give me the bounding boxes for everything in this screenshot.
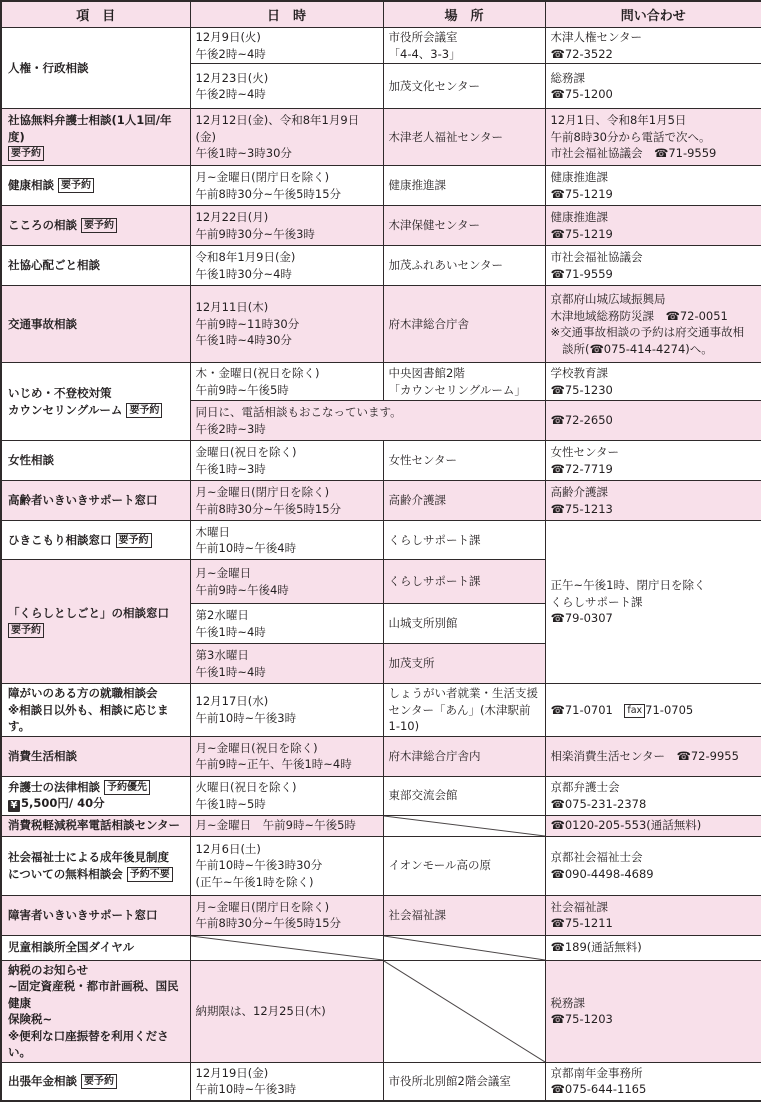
item-cell: 障がいのある方の就職相談会 ※相談日以外も、相談に応じます。 [1, 684, 190, 737]
place-cell: 市役所北別館2階会議室 [383, 1062, 545, 1101]
yen-icon: ¥ [8, 800, 20, 812]
column-header-datetime: 日 時 [190, 1, 383, 28]
cell-text: 人権・行政相談 [8, 61, 89, 75]
place-cell: 市役所会議室 「4-4、3-3」 [383, 28, 545, 64]
contact-cell: 京都府山城広域振興局 木津地域総務防災課 ☎72-0051 ※交通事故相談の予約… [545, 286, 761, 363]
cell-text: 社会福祉課 ☎75-1211 [551, 900, 613, 931]
place-cell: イオンモール高の原 [383, 836, 545, 895]
item-cell: 納税のお知らせ ~固定資産税・都市計画税、国民健康 保険税~ ※便利な口座振替を… [1, 960, 190, 1062]
cell-text: 東部交流会館 [389, 788, 458, 802]
contact-cell: 健康推進課 ☎75-1219 [545, 166, 761, 206]
item-cell: 社会福祉士による成年後見制度 についての無料相談会 予約不要 [1, 836, 190, 895]
diagonal-line [384, 961, 545, 1062]
place-cell: 加茂ふれあいセンター [383, 246, 545, 286]
diagonal-line [384, 936, 545, 960]
cell-text: 中央図書館2階 「カウンセリングルーム」 [389, 366, 526, 397]
cell-text: 女性センター ☎72-7719 [551, 445, 620, 476]
place-cell: 木津保健センター [383, 206, 545, 246]
datetime-cell: 月~金曜日(閉庁日を除く) 午前8時30分~午後5時15分 [190, 481, 383, 521]
cell-text: 木曜日 午前10時~午後4時 [196, 525, 297, 556]
cell-text: 学校教育課 ☎75-1230 [551, 366, 613, 397]
cell-text: 女性センター [389, 453, 458, 467]
place-cell: 中央図書館2階 「カウンセリングルーム」 [383, 363, 545, 401]
contact-cell: 高齢介護課 ☎75-1213 [545, 481, 761, 521]
item-cell: 出張年金相談 要予約 [1, 1062, 190, 1101]
datetime-cell: 木曜日 午前10時~午後4時 [190, 521, 383, 560]
cell-text: 納期限は、12月25日(木) [196, 1004, 326, 1018]
cell-text: 12月19日(金) 午前10時~午後3時 [196, 1066, 297, 1097]
cell-text: 交通事故相談 [8, 317, 77, 331]
datetime-cell: 12月12日(金)、令和8年1月9日(金) 午後1時~3時30分 [190, 109, 383, 166]
contact-cell: 健康推進課 ☎75-1219 [545, 206, 761, 246]
cell-text: 火曜日(祝日を除く) 午後1時~5時 [196, 780, 297, 811]
contact-cell: ☎0120-205-553(通話無料) [545, 815, 761, 836]
cell-text: いじめ・不登校対策 カウンセリングルーム [8, 386, 126, 417]
item-cell: いじめ・不登校対策 カウンセリングルーム 要予約 [1, 363, 190, 441]
table-row: 交通事故相談12月11日(木) 午前9時~11時30分 午後1時~4時30分府木… [1, 286, 761, 363]
cell-text: 社会福祉課 [389, 908, 447, 922]
cell-text: 京都南年金事務所 ☎075-644-1165 [551, 1066, 647, 1097]
item-cell: 社協無料弁護士相談(1人1回/年度) 要予約 [1, 109, 190, 166]
contact-cell: 京都弁護士会 ☎075-231-2378 [545, 776, 761, 815]
cell-text: 高齢介護課 ☎75-1213 [551, 485, 613, 516]
cell-text: 同日に、電話相談もおこなっています。 午後2時~3時 [196, 405, 402, 436]
cell-text: 高齢者いきいきサポート窓口 [8, 493, 158, 507]
table-row: 社協心配ごと相談令和8年1月9日(金) 午後1時30分~4時加茂ふれあいセンター… [1, 246, 761, 286]
datetime-cell: 月~金曜日(閉庁日を除く) 午前8時30分~午後5時15分 [190, 166, 383, 206]
cell-text: しょうがい者就業・生活支援 センター「あん」(木津駅前1-10) [389, 686, 539, 733]
cell-text: 京都弁護士会 ☎075-231-2378 [551, 780, 647, 811]
cell-text: ☎71-0701 [551, 703, 625, 717]
table-row: 社協無料弁護士相談(1人1回/年度) 要予約12月12日(金)、令和8年1月9日… [1, 109, 761, 166]
cell-text: 健康推進課 [389, 178, 447, 192]
cell-text: 加茂ふれあいセンター [389, 258, 504, 272]
cell-text: ☎72-2650 [551, 413, 613, 427]
cell-text: くらしサポート課 [389, 574, 481, 588]
cell-text: 市社会福祉協議会 ☎71-9559 [551, 250, 643, 281]
cell-text: 木津保健センター [389, 218, 481, 232]
place-cell: 健康推進課 [383, 166, 545, 206]
reservation-badge: 予約不要 [127, 867, 173, 882]
datetime-cell: 12月17日(水) 午前10時~午後3時 [190, 684, 383, 737]
reservation-badge: 要予約 [81, 1074, 117, 1089]
contact-cell: 京都社会福祉士会 ☎090-4498-4689 [545, 836, 761, 895]
datetime-cell: 12月11日(木) 午前9時~11時30分 午後1時~4時30分 [190, 286, 383, 363]
cell-text: 加茂支所 [389, 656, 435, 670]
table-row: 高齢者いきいきサポート窓口月~金曜日(閉庁日を除く) 午前8時30分~午後5時1… [1, 481, 761, 521]
contact-cell: ☎71-0701 fax71-0705 [545, 684, 761, 737]
cell-text: 月~金曜日 午前9時~午後5時 [196, 818, 356, 832]
cell-text: ひきこもり相談窓口 [8, 533, 116, 547]
datetime-cell: 12月22日(月) 午前9時30分~午後3時 [190, 206, 383, 246]
datetime-cell: 12月9日(火) 午後2時~4時 [190, 28, 383, 64]
cell-text: 月~金曜日(祝日を除く) 午前9時~正午、午後1時~4時 [196, 741, 352, 772]
table-row: ひきこもり相談窓口 要予約木曜日 午前10時~午後4時くらしサポート課正午~午後… [1, 521, 761, 560]
item-cell: 高齢者いきいきサポート窓口 [1, 481, 190, 521]
cell-text: くらしサポート課 [389, 533, 481, 547]
reservation-badge: 要予約 [116, 533, 152, 548]
cell-text: 令和8年1月9日(金) 午後1時30分~4時 [196, 250, 296, 281]
contact-cell: 12月1日、令和8年1月5日 午前8時30分から電話で次へ。 市社会福祉協議会 … [545, 109, 761, 166]
item-cell: こころの相談 要予約 [1, 206, 190, 246]
place-cell: 加茂文化センター [383, 64, 545, 109]
datetime-cell: 12月19日(金) 午前10時~午後3時 [190, 1062, 383, 1101]
datetime-cell [190, 935, 383, 960]
datetime-cell: 月~金曜日(閉庁日を除く) 午前8時30分~午後5時15分 [190, 895, 383, 935]
cell-text: 12月1日、令和8年1月5日 午前8時30分から電話で次へ。 市社会福祉協議会 … [551, 113, 717, 160]
cell-text: 消費税軽減税率電話相談センター [8, 818, 180, 832]
datetime-cell: 火曜日(祝日を除く) 午後1時~5時 [190, 776, 383, 815]
cell-text: 金曜日(祝日を除く) 午後1時~3時 [196, 445, 297, 476]
place-cell: 府木津総合庁舎 [383, 286, 545, 363]
place-cell: くらしサポート課 [383, 521, 545, 560]
table-row: 女性相談金曜日(祝日を除く) 午後1時~3時女性センター女性センター ☎72-7… [1, 441, 761, 481]
table-row: 障害者いきいきサポート窓口月~金曜日(閉庁日を除く) 午前8時30分~午後5時1… [1, 895, 761, 935]
cell-text: 社協心配ごと相談 [8, 258, 100, 272]
item-cell: 消費生活相談 [1, 736, 190, 776]
consultation-page: 項 目日 時場 所問い合わせ 人権・行政相談12月9日(火) 午後2時~4時市役… [0, 0, 761, 1102]
cell-text: 12月9日(火) 午後2時~4時 [196, 30, 266, 61]
contact-cell: 学校教育課 ☎75-1230 [545, 363, 761, 401]
contact-cell: 正午~午後1時、閉庁日を除く くらしサポート課 ☎79-0307 [545, 521, 761, 684]
cell-text: 社協無料弁護士相談(1人1回/年度) [8, 113, 171, 144]
table-row: いじめ・不登校対策 カウンセリングルーム 要予約木・金曜日(祝日を除く) 午前9… [1, 363, 761, 401]
datetime-cell: 12月23日(火) 午後2時~4時 [190, 64, 383, 109]
item-cell: 社協心配ごと相談 [1, 246, 190, 286]
diagonal-line [191, 936, 383, 960]
table-row: 人権・行政相談12月9日(火) 午後2時~4時市役所会議室 「4-4、3-3」木… [1, 28, 761, 64]
datetime-cell: 月~金曜日 午前9時~午後4時 [190, 560, 383, 604]
datetime-cell: 月~金曜日 午前9時~午後5時 [190, 815, 383, 836]
datetime-cell: 月~金曜日(祝日を除く) 午前9時~正午、午後1時~4時 [190, 736, 383, 776]
cell-text: 月~金曜日(閉庁日を除く) 午前8時30分~午後5時15分 [196, 485, 342, 516]
cell-text: イオンモール高の原 [389, 858, 491, 872]
cell-text: 第3水曜日 午後1時~4時 [196, 648, 266, 679]
datetime-cell: 金曜日(祝日を除く) 午後1時~3時 [190, 441, 383, 481]
table-row: 障がいのある方の就職相談会 ※相談日以外も、相談に応じます。12月17日(水) … [1, 684, 761, 737]
cell-text: 児童相談所全国ダイヤル [8, 940, 134, 954]
cell-text: 第2水曜日 午後1時~4時 [196, 608, 266, 639]
contact-cell: 税務課 ☎75-1203 [545, 960, 761, 1062]
cell-text: 12月6日(土) 午前10時~午後3時30分 (正午~午後1時を除く) [196, 842, 323, 889]
table-row: 社会福祉士による成年後見制度 についての無料相談会 予約不要12月6日(土) 午… [1, 836, 761, 895]
table-row: 消費税軽減税率電話相談センター月~金曜日 午前9時~午後5時☎0120-205-… [1, 815, 761, 836]
table-row: 納税のお知らせ ~固定資産税・都市計画税、国民健康 保険税~ ※便利な口座振替を… [1, 960, 761, 1062]
cell-text: 障がいのある方の就職相談会 ※相談日以外も、相談に応じます。 [8, 686, 169, 733]
contact-cell: 女性センター ☎72-7719 [545, 441, 761, 481]
place-cell: 東部交流会館 [383, 776, 545, 815]
reservation-badge: 要予約 [126, 403, 162, 418]
cell-text: 府木津総合庁舎 [389, 317, 470, 331]
reservation-badge: 要予約 [58, 178, 94, 193]
cell-text: 12月17日(水) 午前10時~午後3時 [196, 694, 297, 725]
place-cell: 山城支所別館 [383, 604, 545, 644]
place-cell [383, 960, 545, 1062]
cell-text: 木津人権センター ☎72-3522 [551, 30, 643, 61]
diagonal-line [384, 816, 545, 836]
item-cell: 「くらしとしごと」の相談窓口 要予約 [1, 560, 190, 684]
cell-text: 月~金曜日(閉庁日を除く) 午前8時30分~午後5時15分 [196, 900, 342, 931]
cell-text: 正午~午後1時、閉庁日を除く くらしサポート課 ☎79-0307 [551, 578, 706, 625]
cell-text: 総務課 ☎75-1200 [551, 71, 613, 102]
cell-text: 健康推進課 ☎75-1219 [551, 170, 613, 201]
place-cell [383, 935, 545, 960]
contact-cell: 市社会福祉協議会 ☎71-9559 [545, 246, 761, 286]
cell-text: 木津老人福祉センター [389, 130, 504, 144]
cell-text: 12月11日(木) 午前9時~11時30分 午後1時~4時30分 [196, 300, 300, 347]
contact-cell: 総務課 ☎75-1200 [545, 64, 761, 109]
cell-text: 京都社会福祉士会 ☎090-4498-4689 [551, 850, 654, 881]
cell-text: 12月12日(金)、令和8年1月9日(金) 午後1時~3時30分 [196, 113, 360, 160]
cell-text: 府木津総合庁舎内 [389, 749, 481, 763]
reservation-badge: 要予約 [81, 218, 117, 233]
place-cell: 府木津総合庁舎内 [383, 736, 545, 776]
table-row: 消費生活相談月~金曜日(祝日を除く) 午前9時~正午、午後1時~4時府木津総合庁… [1, 736, 761, 776]
cell-text: 健康推進課 ☎75-1219 [551, 210, 613, 241]
contact-cell: 相楽消費生活センター ☎72-9955 [545, 736, 761, 776]
cell-text: 消費生活相談 [8, 749, 77, 763]
cell-text: 71-0705 [645, 703, 693, 717]
header-row: 項 目日 時場 所問い合わせ [1, 1, 761, 28]
datetime-cell: 同日に、電話相談もおこなっています。 午後2時~3時 [190, 401, 545, 441]
reservation-badge: 要予約 [8, 623, 44, 638]
cell-text: 12月23日(火) 午後2時~4時 [196, 71, 269, 102]
cell-text: 「くらしとしごと」の相談窓口 [8, 606, 169, 620]
cell-text: 出張年金相談 [8, 1074, 81, 1088]
item-cell: 女性相談 [1, 441, 190, 481]
contact-cell: 木津人権センター ☎72-3522 [545, 28, 761, 64]
cell-text: 高齢介護課 [389, 493, 447, 507]
cell-text: 月~金曜日(閉庁日を除く) 午前8時30分~午後5時15分 [196, 170, 342, 201]
cell-text: 女性相談 [8, 453, 54, 467]
contact-cell: ☎189(通話無料) [545, 935, 761, 960]
datetime-cell: 納期限は、12月25日(木) [190, 960, 383, 1062]
cell-text: 加茂文化センター [389, 79, 481, 93]
cell-text: 木・金曜日(祝日を除く) 午前9時~午後5時 [196, 366, 320, 397]
item-cell: 交通事故相談 [1, 286, 190, 363]
datetime-cell: 第3水曜日 午後1時~4時 [190, 644, 383, 684]
place-cell: しょうがい者就業・生活支援 センター「あん」(木津駅前1-10) [383, 684, 545, 737]
item-cell: 障害者いきいきサポート窓口 [1, 895, 190, 935]
cell-text: 弁護士の法律相談 [8, 780, 104, 794]
consultation-schedule-table: 項 目日 時場 所問い合わせ 人権・行政相談12月9日(火) 午後2時~4時市役… [0, 0, 761, 1102]
place-cell: 木津老人福祉センター [383, 109, 545, 166]
item-cell: ひきこもり相談窓口 要予約 [1, 521, 190, 560]
place-cell: 高齢介護課 [383, 481, 545, 521]
cell-text: 相楽消費生活センター ☎72-9955 [551, 749, 739, 763]
cell-text: 市役所会議室 「4-4、3-3」 [389, 30, 461, 61]
cell-text: ☎0120-205-553(通話無料) [551, 818, 702, 832]
place-cell [383, 815, 545, 836]
table-row: 弁護士の法律相談 予約優先 ¥5,500円/ 40分火曜日(祝日を除く) 午後1… [1, 776, 761, 815]
place-cell: くらしサポート課 [383, 560, 545, 604]
table-row: 健康相談 要予約月~金曜日(閉庁日を除く) 午前8時30分~午後5時15分健康推… [1, 166, 761, 206]
item-cell: 人権・行政相談 [1, 28, 190, 109]
place-cell: 社会福祉課 [383, 895, 545, 935]
cell-text: 12月22日(月) 午前9時30分~午後3時 [196, 210, 315, 241]
column-header-contact: 問い合わせ [545, 1, 761, 28]
datetime-cell: 令和8年1月9日(金) 午後1時30分~4時 [190, 246, 383, 286]
table-row: 児童相談所全国ダイヤル☎189(通話無料) [1, 935, 761, 960]
item-cell: 児童相談所全国ダイヤル [1, 935, 190, 960]
cell-text: 5,500円/ 40分 [21, 796, 105, 810]
cell-text: 市役所北別館2階会議室 [389, 1074, 511, 1088]
table-header: 項 目日 時場 所問い合わせ [1, 1, 761, 28]
cell-text: 山城支所別館 [389, 616, 458, 630]
table-row: こころの相談 要予約12月22日(月) 午前9時30分~午後3時木津保健センター… [1, 206, 761, 246]
contact-cell: 京都南年金事務所 ☎075-644-1165 [545, 1062, 761, 1101]
reservation-badge: 要予約 [8, 146, 44, 161]
column-header-place: 場 所 [383, 1, 545, 28]
cell-text: 納税のお知らせ ~固定資産税・都市計画税、国民健康 保険税~ ※便利な口座振替を… [8, 963, 179, 1060]
reservation-badge: 予約優先 [104, 780, 150, 795]
contact-cell: ☎72-2650 [545, 401, 761, 441]
cell-text: ☎189(通話無料) [551, 940, 642, 954]
cell-text: 京都府山城広域振興局 木津地域総務防災課 ☎72-0051 ※交通事故相談の予約… [551, 292, 745, 356]
cell-text: 障害者いきいきサポート窓口 [8, 908, 158, 922]
datetime-cell: 12月6日(土) 午前10時~午後3時30分 (正午~午後1時を除く) [190, 836, 383, 895]
cell-text: 健康相談 [8, 178, 58, 192]
item-cell: 弁護士の法律相談 予約優先 ¥5,500円/ 40分 [1, 776, 190, 815]
datetime-cell: 木・金曜日(祝日を除く) 午前9時~午後5時 [190, 363, 383, 401]
datetime-cell: 第2水曜日 午後1時~4時 [190, 604, 383, 644]
contact-cell: 社会福祉課 ☎75-1211 [545, 895, 761, 935]
item-cell: 消費税軽減税率電話相談センター [1, 815, 190, 836]
place-cell: 女性センター [383, 441, 545, 481]
fax-badge: fax [624, 704, 645, 718]
place-cell: 加茂支所 [383, 644, 545, 684]
column-header-item: 項 目 [1, 1, 190, 28]
cell-text: こころの相談 [8, 218, 81, 232]
table-body: 人権・行政相談12月9日(火) 午後2時~4時市役所会議室 「4-4、3-3」木… [1, 28, 761, 1102]
cell-text: 税務課 ☎75-1203 [551, 996, 613, 1027]
table-row: 出張年金相談 要予約12月19日(金) 午前10時~午後3時市役所北別館2階会議… [1, 1062, 761, 1101]
item-cell: 健康相談 要予約 [1, 166, 190, 206]
cell-text: 月~金曜日 午前9時~午後4時 [196, 566, 289, 597]
